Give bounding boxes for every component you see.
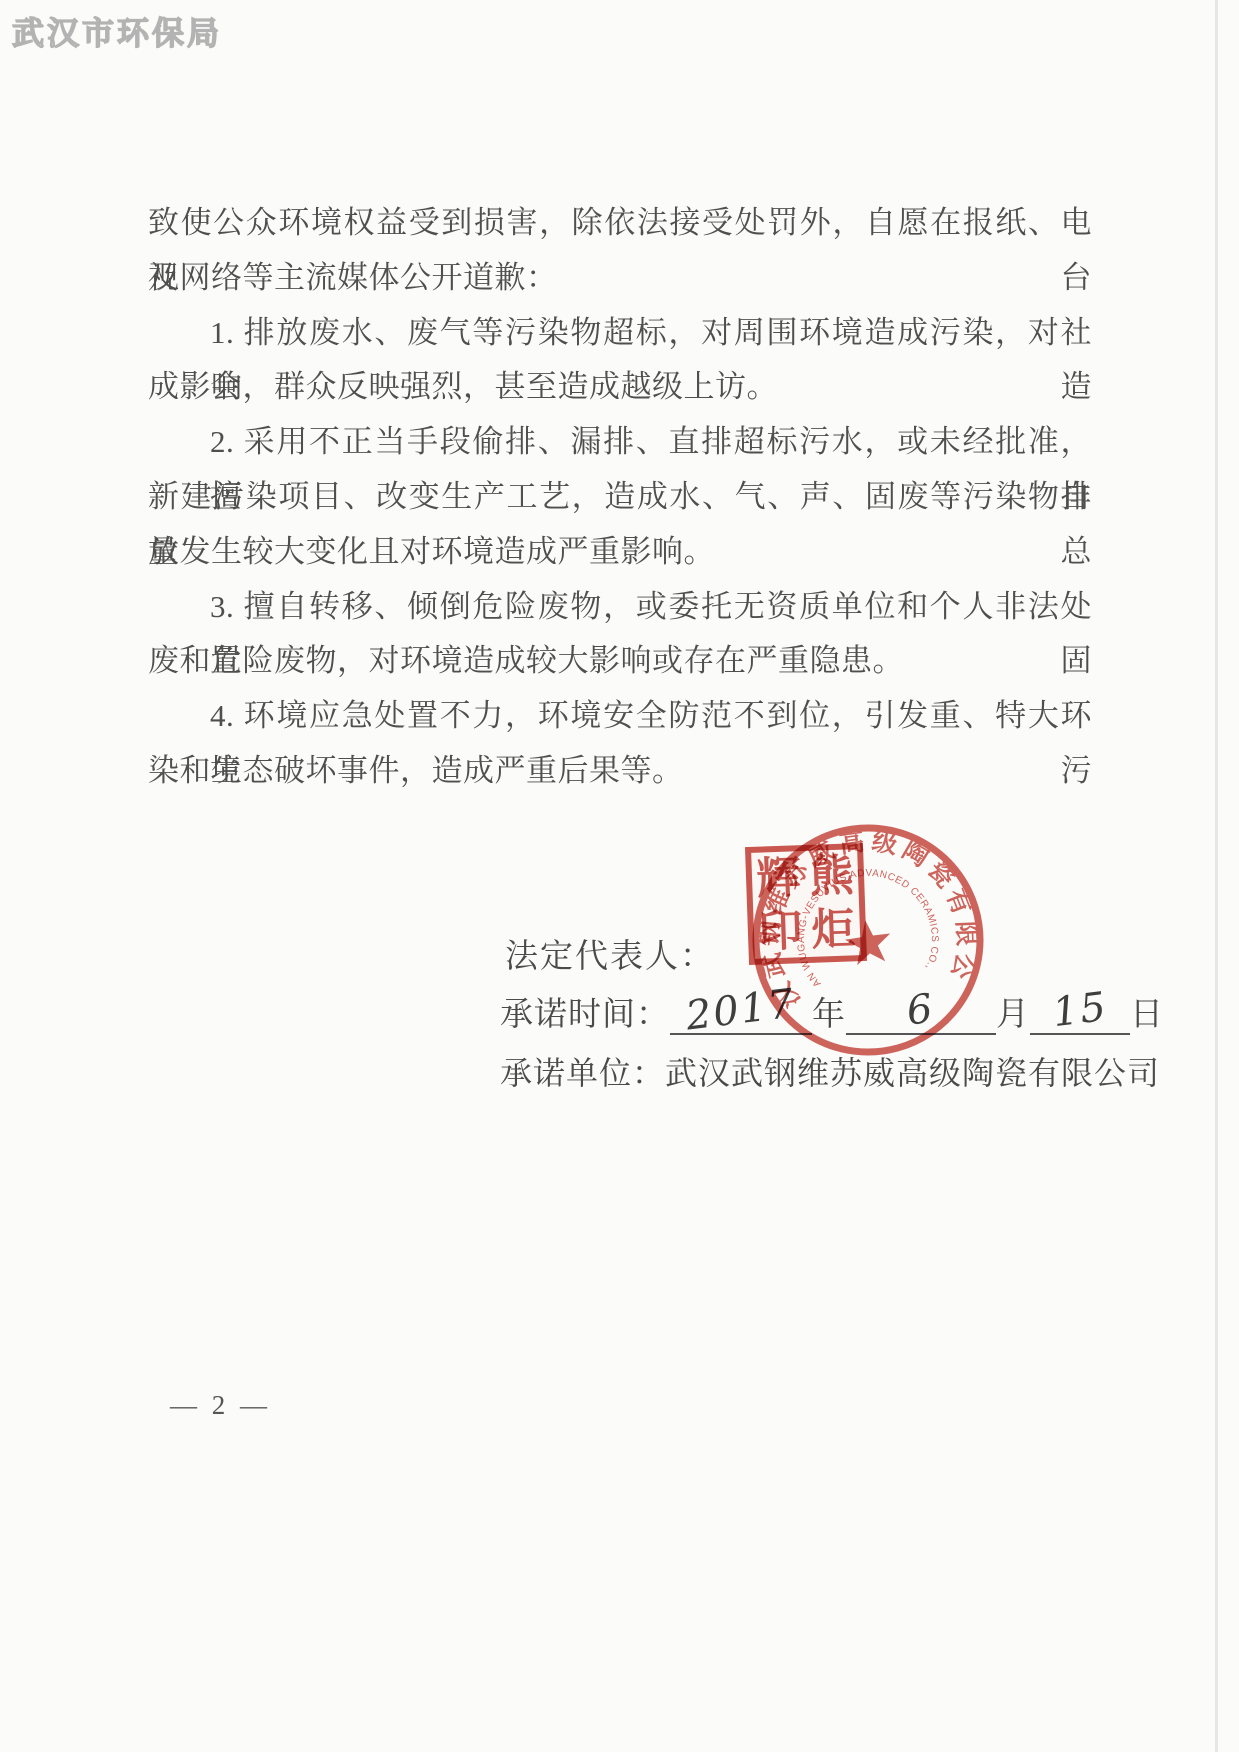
scan-edge-line bbox=[1215, 0, 1218, 1752]
page-number: — 2 — bbox=[170, 1390, 271, 1421]
star-icon bbox=[843, 917, 894, 966]
day-blank: 15 bbox=[1030, 989, 1130, 1035]
body-line: 新建污染项目、改变生产工艺，造成水、气、声、固废等污染物排放总 bbox=[148, 470, 1092, 525]
body-line: 2. 采用不正当手段偷排、漏排、直排超标污水，或未经批准，擅自 bbox=[148, 415, 1092, 470]
document-body: 致使公众环境权益受到损害，除依法接受处罚外，自愿在报纸、电视台 及网络等主流媒体… bbox=[148, 196, 1092, 799]
company-round-seal: 武汉武钢维苏威高级陶瓷有限公司 WUHAN WUGANG-VESUVIUS AD… bbox=[732, 804, 1003, 1075]
body-line: 4. 环境应急处置不力，环境安全防范不到位，引发重、特大环境污 bbox=[148, 689, 1092, 744]
body-line: 1. 排放废水、废气等污染物超标，对周围环境造成污染，对社会造 bbox=[148, 306, 1092, 361]
agency-watermark: 武汉市环保局 bbox=[12, 8, 222, 54]
legal-representative-line: 法定代表人： bbox=[505, 930, 715, 977]
legal-representative-label: 法定代表人： bbox=[505, 939, 715, 975]
commitment-unit-label: 承诺单位： bbox=[500, 1055, 665, 1091]
handwritten-day: 15 bbox=[1050, 984, 1110, 1036]
commitment-date-label: 承诺时间： bbox=[500, 997, 670, 1033]
document-page: 武汉市环保局 致使公众环境权益受到损害，除依法接受处罚外，自愿在报纸、电视台 及… bbox=[0, 0, 1239, 1752]
day-suffix: 日 bbox=[1130, 997, 1164, 1033]
body-line: 致使公众环境权益受到损害，除依法接受处罚外，自愿在报纸、电视台 bbox=[148, 196, 1092, 251]
body-line: 3. 擅自转移、倾倒危险废物，或委托无资质单位和个人非法处置固 bbox=[148, 580, 1092, 635]
seal-chinese-ring-text: 武汉武钢维苏威高级陶瓷有限公司 bbox=[732, 804, 988, 1018]
commitment-unit-value: 武汉武钢维苏威高级陶瓷有限公司 bbox=[665, 1055, 1160, 1091]
